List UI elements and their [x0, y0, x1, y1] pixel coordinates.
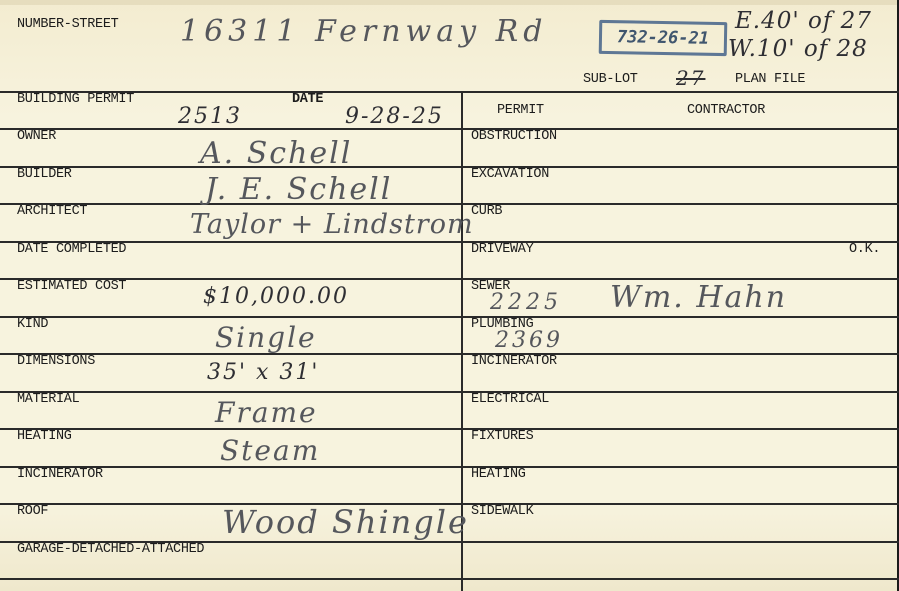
heating-permit-label: HEATING: [471, 467, 526, 482]
rule: [0, 203, 899, 205]
fixtures-label: FIXTURES: [471, 429, 533, 444]
parcel-number-stamp: 732-26-21: [599, 20, 728, 56]
builder-value: J. E. Schell: [205, 172, 392, 207]
lot-note-line1: E.40' of 27: [735, 8, 872, 34]
rule: [0, 578, 899, 580]
driveway-note: O.K.: [849, 242, 880, 257]
sub-lot-label: SUB-LOT: [583, 72, 638, 87]
plan-file-label: PLAN FILE: [735, 72, 805, 87]
architect-value: Taylor + Lindstrom: [190, 209, 474, 240]
dimensions-label: DIMENSIONS: [17, 354, 95, 369]
material-value: Frame: [215, 396, 318, 429]
permit-column-header: PERMIT: [497, 103, 544, 118]
architect-label: ARCHITECT: [17, 204, 87, 219]
sidewalk-label: SIDEWALK: [471, 504, 533, 519]
sewer-contractor: Wm. Hahn: [610, 280, 787, 315]
rule: [0, 466, 899, 468]
date-completed-label: DATE COMPLETED: [17, 242, 126, 257]
driveway-label: DRIVEWAY: [471, 242, 533, 257]
kind-value: Single: [215, 321, 317, 354]
sewer-permit-number: 2225: [490, 290, 562, 315]
excavation-label: EXCAVATION: [471, 167, 549, 182]
card-top-edge: [0, 0, 899, 5]
rule: [0, 166, 899, 168]
roof-value: Wood Shingle: [222, 503, 469, 541]
heating-label: HEATING: [17, 429, 72, 444]
plumbing-permit-number: 2369: [495, 328, 563, 353]
rule: [0, 241, 899, 243]
roof-label: ROOF: [17, 504, 48, 519]
garage-label: GARAGE-DETACHED-ATTACHED: [17, 542, 204, 557]
owner-value: A. Schell: [200, 136, 352, 171]
estimated-cost-value: $10,000.00: [203, 284, 349, 309]
rule: [0, 91, 899, 93]
sub-lot-value: 27: [676, 66, 705, 90]
date-value: 9-28-25: [345, 104, 444, 129]
material-label: MATERIAL: [17, 392, 79, 407]
builder-label: BUILDER: [17, 167, 72, 182]
owner-label: OWNER: [17, 129, 56, 144]
building-permit-card: NUMBER-STREET 16311 Fernway Rd 732-26-21…: [0, 0, 899, 591]
rule: [0, 353, 899, 355]
contractor-column-header: CONTRACTOR: [687, 103, 765, 118]
number-street-value: 16311 Fernway Rd: [180, 14, 547, 49]
electrical-label: ELECTRICAL: [471, 392, 549, 407]
obstruction-label: OBSTRUCTION: [471, 129, 557, 144]
dimensions-value: 35' x 31': [207, 360, 319, 385]
estimated-cost-label: ESTIMATED COST: [17, 279, 126, 294]
number-street-label: NUMBER-STREET: [17, 17, 118, 32]
incinerator-label: INCINERATOR: [17, 467, 103, 482]
kind-label: KIND: [17, 317, 48, 332]
rule: [0, 391, 899, 393]
heating-value: Steam: [220, 434, 320, 467]
building-permit-value: 2513: [178, 104, 242, 129]
curb-label: CURB: [471, 204, 502, 219]
rule: [0, 428, 899, 430]
rule: [0, 316, 899, 318]
rule: [0, 128, 899, 130]
date-label: DATE: [292, 92, 323, 107]
incinerator-permit-label: INCINERATOR: [471, 354, 557, 369]
building-permit-label: BUILDING PERMIT: [17, 92, 134, 107]
lot-note-line2: W.10' of 28: [728, 36, 868, 62]
